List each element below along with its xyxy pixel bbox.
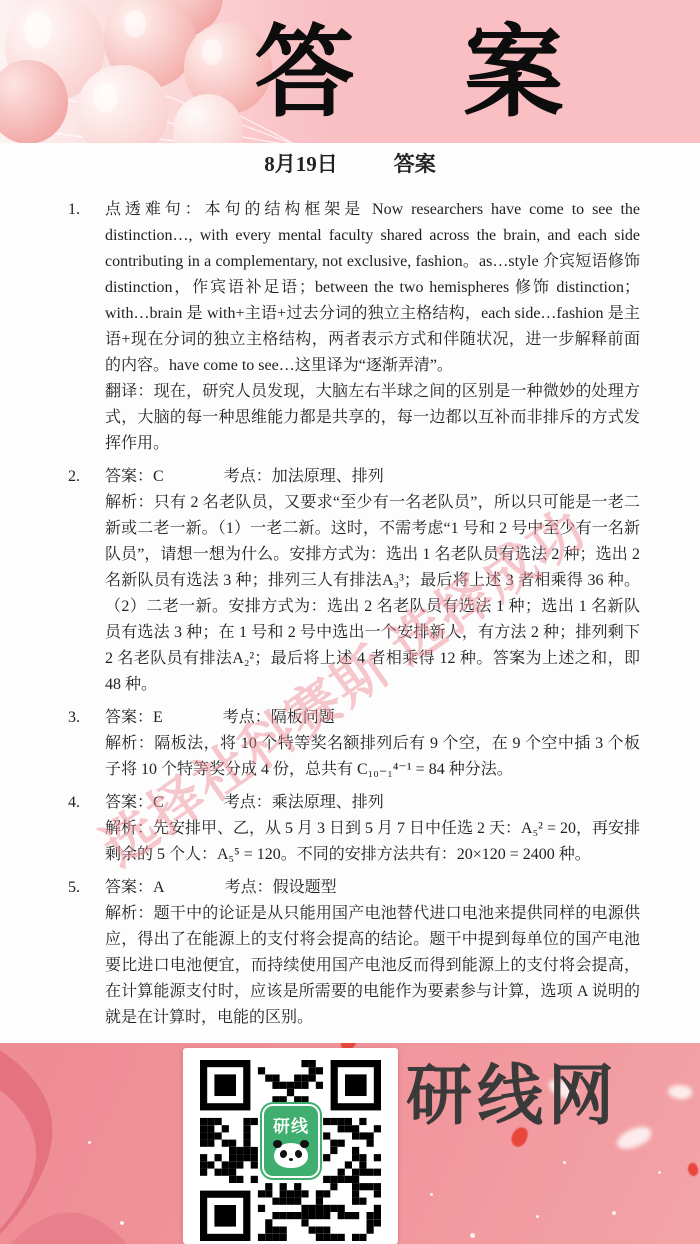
answer-value: 答案：A [105,875,165,901]
item-number: 1. [68,197,105,457]
date-text: 8月19日 [264,152,338,176]
answer-item-2: 2. 答案：C 考点：加法原理、排列 解析：只有 2 名老队员，又要求“至少有一… [68,464,640,698]
page-header: 答 案 [0,0,700,143]
exam-point: 考点：加法原理、排列 [224,464,384,490]
explanation-text: 解析：隔板法，将 10 个特等奖名额排列后有 9 个空，在 9 个空中插 3 个… [105,731,640,783]
explanation-text: 点透难句：本句的结构框架是 Now researchers have come … [105,197,640,379]
item-number: 4. [68,790,105,868]
answer-value: 答案：C [105,790,164,816]
answer-row: 答案：E 考点：隔板问题 [105,705,640,731]
sparkle-dot [88,1141,91,1144]
answer-value: 答案：E [105,705,163,731]
exam-point: 考点：隔板问题 [223,705,335,731]
brand-title: 研线网 [406,1060,619,1130]
answer-item-1: 1. 点透难句：本句的结构框架是 Now researchers have co… [68,197,640,457]
panda-face-icon [274,1143,308,1168]
item-number: 3. [68,705,105,783]
qr-logo-text: 研线 [264,1112,318,1137]
answer-row: 答案：C 考点：加法原理、排列 [105,464,640,490]
item-content: 答案：A 考点：假设题型 解析：题干中的论证是从只能用国产电池替代进口电池来提供… [105,875,640,1031]
item-number: 2. [68,464,105,698]
answer-item-3: 3. 答案：E 考点：隔板问题 解析：隔板法，将 10 个特等奖名额排列后有 9… [68,705,640,783]
sparkle-dot [430,1193,433,1196]
sparkle-dot [658,1171,661,1174]
item-content: 点透难句：本句的结构框架是 Now researchers have come … [105,197,640,457]
item-content: 答案：C 考点：乘法原理、排列 解析：先安排甲、乙，从 5 月 3 日到 5 月… [105,790,640,868]
page-footer: 研线 研线网 [0,1043,700,1244]
panda-ear [300,1140,309,1148]
explanation-text: 解析：题干中的论证是从只能用国产电池替代进口电池来提供同样的电源供应，得出了在能… [105,901,640,1031]
sparkle-dot [612,1211,616,1215]
answer-value: 答案：C [105,464,164,490]
answer-item-4: 4. 答案：C 考点：乘法原理、排列 解析：先安排甲、乙，从 5 月 3 日到 … [68,790,640,868]
petal-decoration [614,1124,654,1152]
item-content: 答案：E 考点：隔板问题 解析：隔板法，将 10 个特等奖名额排列后有 9 个空… [105,705,640,783]
panda-ear [273,1140,282,1148]
sparkle-dot [536,1215,539,1218]
exam-point: 考点：假设题型 [225,875,337,901]
panda-nose [289,1158,293,1161]
answer-row: 答案：A 考点：假设题型 [105,875,640,901]
item-content: 答案：C 考点：加法原理、排列 解析：只有 2 名老队员，又要求“至少有一名老队… [105,464,640,698]
red-petal-decoration [686,1161,700,1177]
answer-sheet-page: 答 案 8月19日答案 1. 点透难句：本句的结构框架是 Now researc… [0,0,700,1244]
answer-item-5: 5. 答案：A 考点：假设题型 解析：题干中的论证是从只能用国产电池替代进口电池… [68,875,640,1031]
answer-row: 答案：C 考点：乘法原理、排列 [105,790,640,816]
item-number: 5. [68,875,105,1031]
qr-card: 研线 [183,1048,398,1244]
sparkle-dot [563,1161,566,1164]
explanation-text: 解析：先安排甲、乙，从 5 月 3 日到 5 月 7 日中任选 2 天：A₅² … [105,816,640,868]
qr-logo-panda-icon: 研线 [262,1104,320,1178]
sparkle-dot [120,1221,124,1225]
exam-point: 考点：乘法原理、排列 [224,790,384,816]
panda-eye [294,1149,303,1159]
page-title: 答 案 [170,8,690,140]
petal-decoration [667,1083,693,1101]
answers-list: 1. 点透难句：本句的结构框架是 Now researchers have co… [0,188,700,1031]
date-subtitle: 8月19日答案 [0,143,700,186]
panda-eye [279,1149,288,1159]
translation-text: 翻译：现在，研究人员发现，大脑左右半球之间的区别是一种微妙的处理方式，大脑的每一… [105,379,640,457]
explanation-text: 解析：只有 2 名老队员，又要求“至少有一名老队员”，所以只可能是一老二新或二老… [105,490,640,698]
subtitle-answer-label: 答案 [394,152,436,176]
sparkle-dot [470,1233,475,1238]
